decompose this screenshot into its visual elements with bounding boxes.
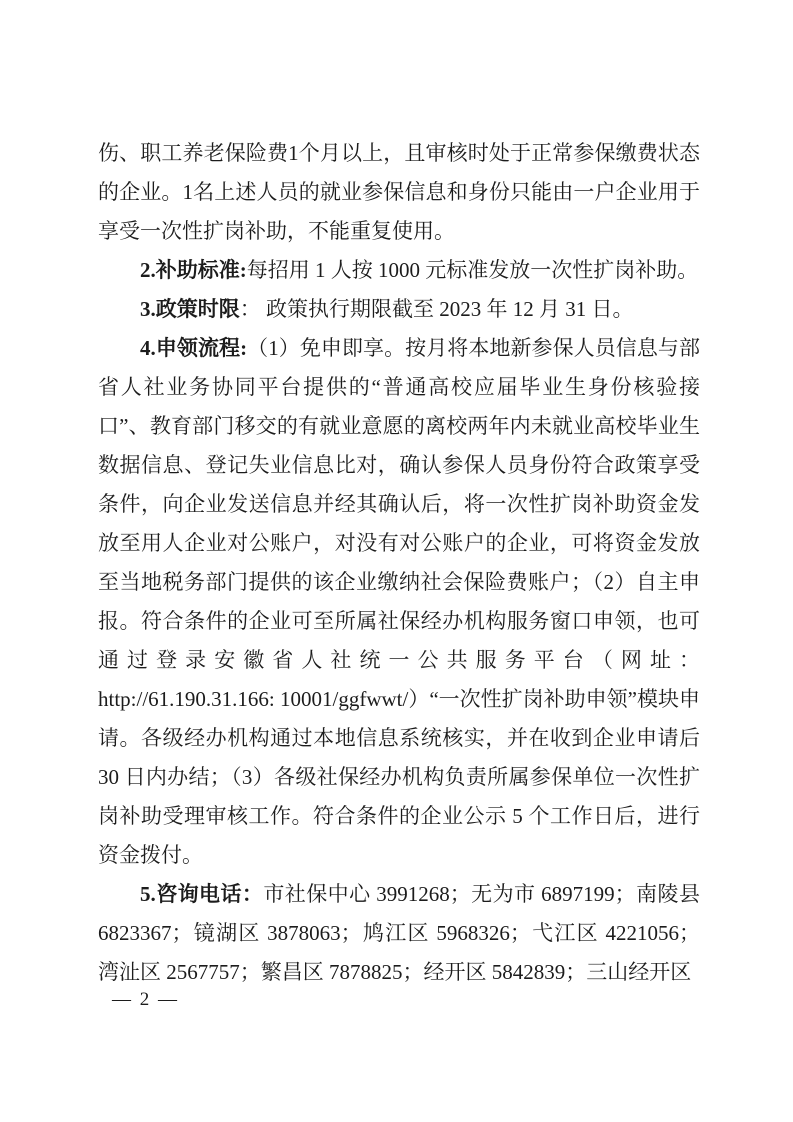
paragraph-text: （1）免申即享。按月将本地新参保人员信息与部省人社业务协同平台提供的“普通高校应… bbox=[98, 336, 700, 867]
section-label: 5.咨询电话： bbox=[140, 882, 263, 906]
paragraph-text: 伤、职工养老保险费1个月以上，且审核时处于正常参保缴费状态的企业。1名上述人员的… bbox=[98, 141, 700, 243]
paragraph: 5.咨询电话：市社保中心 3991268；无为市 6897199；南陵县 682… bbox=[98, 875, 700, 992]
paragraph: 4.申领流程:（1）免申即享。按月将本地新参保人员信息与部省人社业务协同平台提供… bbox=[98, 329, 700, 875]
page-number: — 2 — bbox=[112, 986, 179, 1014]
paragraph-text: ： 政策执行期限截至 2023 年 12 月 31 日。 bbox=[240, 297, 634, 321]
paragraph: 2.补助标准:每招用 1 人按 1000 元标准发放一次性扩岗补助。 bbox=[98, 251, 700, 290]
section-label: 4.申领流程: bbox=[140, 336, 247, 360]
section-label: 3.政策时限 bbox=[140, 297, 240, 321]
paragraph: 3.政策时限： 政策执行期限截至 2023 年 12 月 31 日。 bbox=[98, 290, 700, 329]
paragraph-text: 每招用 1 人按 1000 元标准发放一次性扩岗补助。 bbox=[247, 258, 699, 282]
paragraph: 伤、职工养老保险费1个月以上，且审核时处于正常参保缴费状态的企业。1名上述人员的… bbox=[98, 134, 700, 251]
document-page: 伤、职工养老保险费1个月以上，且审核时处于正常参保缴费状态的企业。1名上述人员的… bbox=[0, 0, 793, 1122]
document-body: 伤、职工养老保险费1个月以上，且审核时处于正常参保缴费状态的企业。1名上述人员的… bbox=[98, 134, 700, 992]
section-label: 2.补助标准: bbox=[140, 258, 247, 282]
